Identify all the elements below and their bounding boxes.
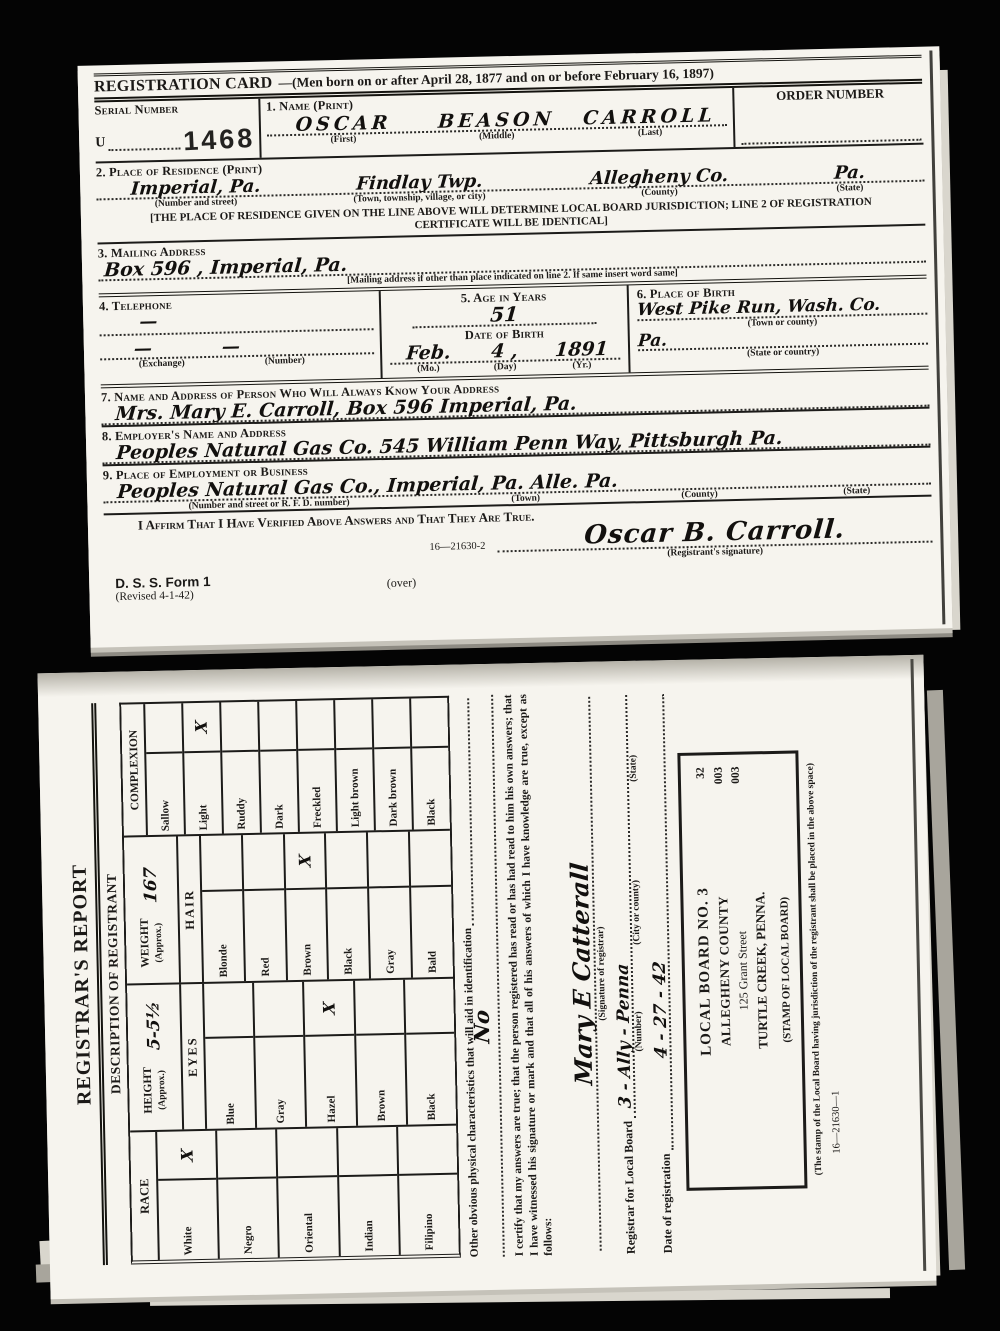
telephone-exchange-value: — — [139, 312, 157, 333]
other-characteristics-value: No — [472, 1010, 493, 1045]
complexion-dark-brown-markcell — [373, 699, 410, 750]
eyes-hazel-mark: X — [321, 1001, 336, 1015]
date-of-registration-line: Date of registration 4 - 27 - 42 — [646, 691, 676, 1253]
race-row-filipino: Filipino — [398, 1126, 459, 1255]
hair-row-brown: Brown X — [285, 834, 330, 980]
sublabel-board-city: (City or county) — [631, 880, 643, 945]
sublabel-emp-state: (State) — [782, 485, 931, 499]
height-value: 5-5½ — [145, 1001, 162, 1051]
race-white-markcell: X — [157, 1131, 216, 1181]
eyes-row-gray: Gray — [254, 982, 307, 1128]
stamp-code-2: 003 — [710, 767, 728, 785]
telephone-number-value-a: — — [133, 341, 152, 359]
form-id-block: D. S. S. Form 1 (Revised 4-1-42) — [105, 570, 387, 603]
hair-gray-label: Gray — [369, 887, 411, 978]
complexion-light-mark: X — [194, 720, 209, 734]
weight-approx-label: (Approx.) — [154, 923, 165, 963]
hair-row-red: Red — [243, 835, 288, 981]
hair-brown-mark: X — [297, 854, 312, 868]
registration-card-back: REGISTRAR'S REPORT DESCRIPTION OF REGIST… — [38, 655, 937, 1299]
complexion-dark-markcell — [259, 701, 296, 752]
weight-header-cell: WEIGHT (Approx.) 167 — [124, 837, 181, 983]
card-title-note: —(Men born on or after April 28, 1877 an… — [278, 65, 714, 91]
eyes-row-brown: Brown — [355, 980, 408, 1126]
name-first: OSCAR — [266, 113, 421, 135]
hair-red-label: Red — [244, 890, 286, 981]
hair-black-label: Black — [328, 888, 370, 979]
race-oriental-label: Oriental — [279, 1177, 339, 1257]
serial-number-label: Serial Number — [94, 100, 254, 119]
complexion-light-brown-label: Light brown — [336, 749, 374, 831]
race-oriental-markcell — [278, 1128, 337, 1178]
hair-bald-markcell — [410, 831, 451, 887]
residence-state: Pa. — [774, 163, 924, 184]
complexion-ruddy-label: Ruddy — [222, 752, 260, 834]
weight-hair-column: WEIGHT (Approx.) 167 HAIR Blonde Red — [124, 831, 453, 985]
hair-header: HAIR — [178, 836, 204, 982]
complexion-black-markcell — [411, 698, 448, 749]
eyes-blue-markcell — [204, 983, 253, 1039]
sublabel-number: (Number) — [223, 355, 346, 368]
eyes-hazel-label: Hazel — [306, 1036, 356, 1127]
complexion-row-ruddy: Ruddy — [221, 702, 262, 834]
hair-row-black: Black — [326, 833, 371, 979]
weight-header: WEIGHT (Approx.) — [139, 903, 166, 983]
complexion-freckled-label: Freckled — [298, 750, 336, 832]
sublabel-exchange: (Exchange) — [100, 358, 223, 371]
complexion-row-black: Black — [411, 698, 450, 830]
birthplace-town-value: West Pike Run, Wash. Co. — [636, 297, 880, 319]
complexion-row-dark: Dark — [259, 701, 300, 833]
residence-street: Imperial, Pa. — [96, 177, 296, 199]
race-filipino-label: Filipino — [399, 1174, 459, 1254]
race-filipino-markcell — [398, 1126, 457, 1176]
age-dob-cell: 5. Age in Years 51 Date of Birth Feb. 4 … — [380, 286, 630, 378]
eyes-row-black: Black — [405, 979, 456, 1125]
hair-blonde-markcell — [201, 836, 242, 892]
height-header: HEIGHT (Approx.) — [142, 1050, 169, 1130]
complexion-row-light: Light X — [183, 703, 224, 835]
age-value-line: 51 — [412, 304, 597, 329]
birthplace-state-value: Pa. — [637, 332, 668, 349]
local-board-stamp: LOCAL BOARD NO. 3 ALLEGHENY COUNTY 125 G… — [678, 750, 808, 1191]
race-negro-label: Negro — [218, 1178, 278, 1258]
description-table: RACE White X Negro Oriental Indian — [119, 696, 461, 1265]
weight-header-text: WEIGHT — [139, 918, 152, 967]
registration-card-front: REGISTRATION CARD —(Men born on or after… — [78, 46, 953, 647]
registrars-report-form: REGISTRAR'S REPORT DESCRIPTION OF REGIST… — [45, 668, 929, 1286]
dob-year: 1891 — [542, 340, 620, 360]
local-board-value: 3 - Ally - Penna — [615, 953, 635, 1119]
sublabel-first: (First) — [267, 133, 421, 147]
dob-day: 4 , — [466, 342, 544, 362]
age-value: 51 — [489, 305, 518, 325]
sublabel-board-number: (Number) — [634, 1011, 645, 1051]
hair-row-blonde: Blonde — [201, 836, 246, 982]
eyes-gray-markcell — [254, 982, 303, 1038]
hair-brown-markcell: X — [285, 834, 326, 890]
complexion-dark-brown-label: Dark brown — [374, 749, 412, 831]
stamp-code-numbers: 32 003 003 — [693, 766, 745, 784]
eyes-gray-label: Gray — [255, 1037, 305, 1128]
card-title: REGISTRATION CARD — [94, 74, 273, 96]
race-row-negro: Negro — [217, 1130, 280, 1259]
complexion-freckled-markcell — [297, 700, 334, 751]
hair-row-bald: Bald — [410, 831, 453, 977]
stamp-placement-note: (The stamp of the Local Board having jur… — [806, 761, 827, 1177]
height-header-text: HEIGHT — [142, 1067, 155, 1114]
serial-number-stamp: 1468 — [182, 123, 256, 157]
mailing-value: Box 596 , Imperial, Pa. — [103, 256, 348, 280]
complexion-light-label: Light — [184, 753, 222, 835]
eyes-row-hazel: Hazel X — [304, 981, 357, 1127]
complexion-row-light-brown: Light brown — [335, 699, 376, 831]
hair-brown-label: Brown — [286, 889, 328, 980]
date-of-registration-dots: 4 - 27 - 42 — [646, 694, 674, 1151]
race-row-oriental: Oriental — [278, 1128, 341, 1257]
name-last: CARROLL — [572, 106, 727, 128]
eyes-hazel-markcell: X — [304, 981, 353, 1037]
eyes-black-label: Black — [406, 1034, 456, 1125]
telephone-number-value-b: — — [221, 339, 240, 357]
race-white-mark: X — [179, 1148, 194, 1162]
eyes-brown-markcell — [355, 980, 404, 1036]
complexion-light-markcell: X — [183, 703, 220, 754]
race-header: RACE — [130, 1132, 160, 1260]
complexion-column: COMPLEXION Sallow Light X Ruddy Dark — [121, 698, 450, 838]
registrar-signature-value: Mary E Catterall — [568, 862, 595, 1086]
complexion-row-sallow: Sallow — [145, 703, 186, 835]
weight-value: 167 — [143, 867, 160, 904]
complexion-row-dark-brown: Dark brown — [373, 699, 414, 831]
hair-gray-markcell — [368, 832, 409, 888]
stamp-code-1: 32 — [693, 767, 711, 785]
registrant-signature-value: Oscar B. Carroll. — [583, 518, 846, 549]
complexion-dark-label: Dark — [260, 751, 298, 833]
complexion-sallow-label: Sallow — [146, 753, 184, 835]
serial-number-cell: Serial Number U 1468 — [94, 99, 261, 162]
height-header-cell: HEIGHT (Approx.) 5-5½ — [127, 984, 184, 1130]
dob-month: Feb. — [389, 343, 467, 363]
serial-dotted-line — [108, 146, 179, 152]
stamp-code-3: 003 — [727, 766, 745, 784]
over-note: (over) — [387, 569, 417, 597]
registrar-signature-block: Mary E Catterall (Signature of registrar… — [565, 693, 613, 1256]
sublabel-board-state: (State) — [629, 755, 640, 782]
race-indian-markcell — [338, 1127, 397, 1177]
complexion-ruddy-markcell — [221, 702, 258, 753]
hair-red-markcell — [243, 835, 284, 891]
race-indian-label: Indian — [339, 1176, 399, 1256]
sublabel-year: (Yr.) — [543, 360, 620, 372]
scanned-document: REGISTRATION CARD —(Men born on or after… — [0, 0, 1000, 1331]
order-number-cell: ORDER NUMBER — [732, 84, 924, 147]
race-negro-markcell — [217, 1130, 276, 1180]
birthplace-cell: 6. Place of Birth West Pike Run, Wash. C… — [629, 279, 929, 372]
stamp-caption: (STAMP OF LOCAL BOARD) — [776, 761, 797, 1178]
height-eyes-column: HEIGHT (Approx.) 5-5½ EYES Blue Gray — [127, 979, 456, 1133]
order-number-blank-line — [740, 111, 921, 145]
date-of-registration-value: 4 - 27 - 42 — [652, 951, 671, 1069]
hair-row-gray: Gray — [368, 832, 413, 978]
form-code-front: 16—21630-2 — [104, 540, 485, 572]
complexion-header: COMPLEXION — [121, 704, 148, 836]
name-cell: 1. Name (Print) OSCAR BEASON CARROLL (Fi… — [260, 88, 733, 158]
complexion-black-label: Black — [412, 748, 450, 830]
hair-bald-label: Bald — [411, 886, 453, 977]
race-column: RACE White X Negro Oriental Indian — [130, 1126, 459, 1261]
eyes-brown-label: Brown — [356, 1035, 406, 1126]
hair-blonde-label: Blonde — [202, 891, 244, 982]
complexion-row-freckled: Freckled — [297, 700, 338, 832]
complexion-sallow-markcell — [145, 703, 182, 754]
eyes-blue-label: Blue — [205, 1038, 255, 1129]
telephone-cell: 4. Telephone — — — (Exchange) (Number) — [99, 291, 382, 384]
serial-number-value: U 1468 — [95, 124, 255, 152]
hair-black-markcell — [326, 833, 367, 889]
serial-prefix: U — [95, 135, 105, 151]
height-approx-label: (Approx.) — [157, 1070, 168, 1110]
eyes-black-markcell — [405, 979, 454, 1035]
eyes-row-blue: Blue — [204, 983, 257, 1129]
sublabel-day: (Day) — [467, 362, 544, 374]
date-of-registration-label: Date of registration — [659, 1153, 676, 1253]
form-code-back: 16—21630—1 — [822, 688, 843, 1154]
race-row-white: White X — [157, 1131, 220, 1260]
name-middle: BEASON — [419, 110, 574, 132]
registrar-certification-text: I certify that my answers are true; that… — [501, 694, 557, 1257]
order-number-label: ORDER NUMBER — [740, 85, 921, 105]
race-white-label: White — [158, 1179, 218, 1259]
complexion-light-brown-markcell — [335, 699, 372, 750]
sublabel-month: (Mo.) — [390, 364, 467, 376]
eyes-header: EYES — [181, 984, 207, 1130]
race-row-indian: Indian — [338, 1127, 401, 1256]
